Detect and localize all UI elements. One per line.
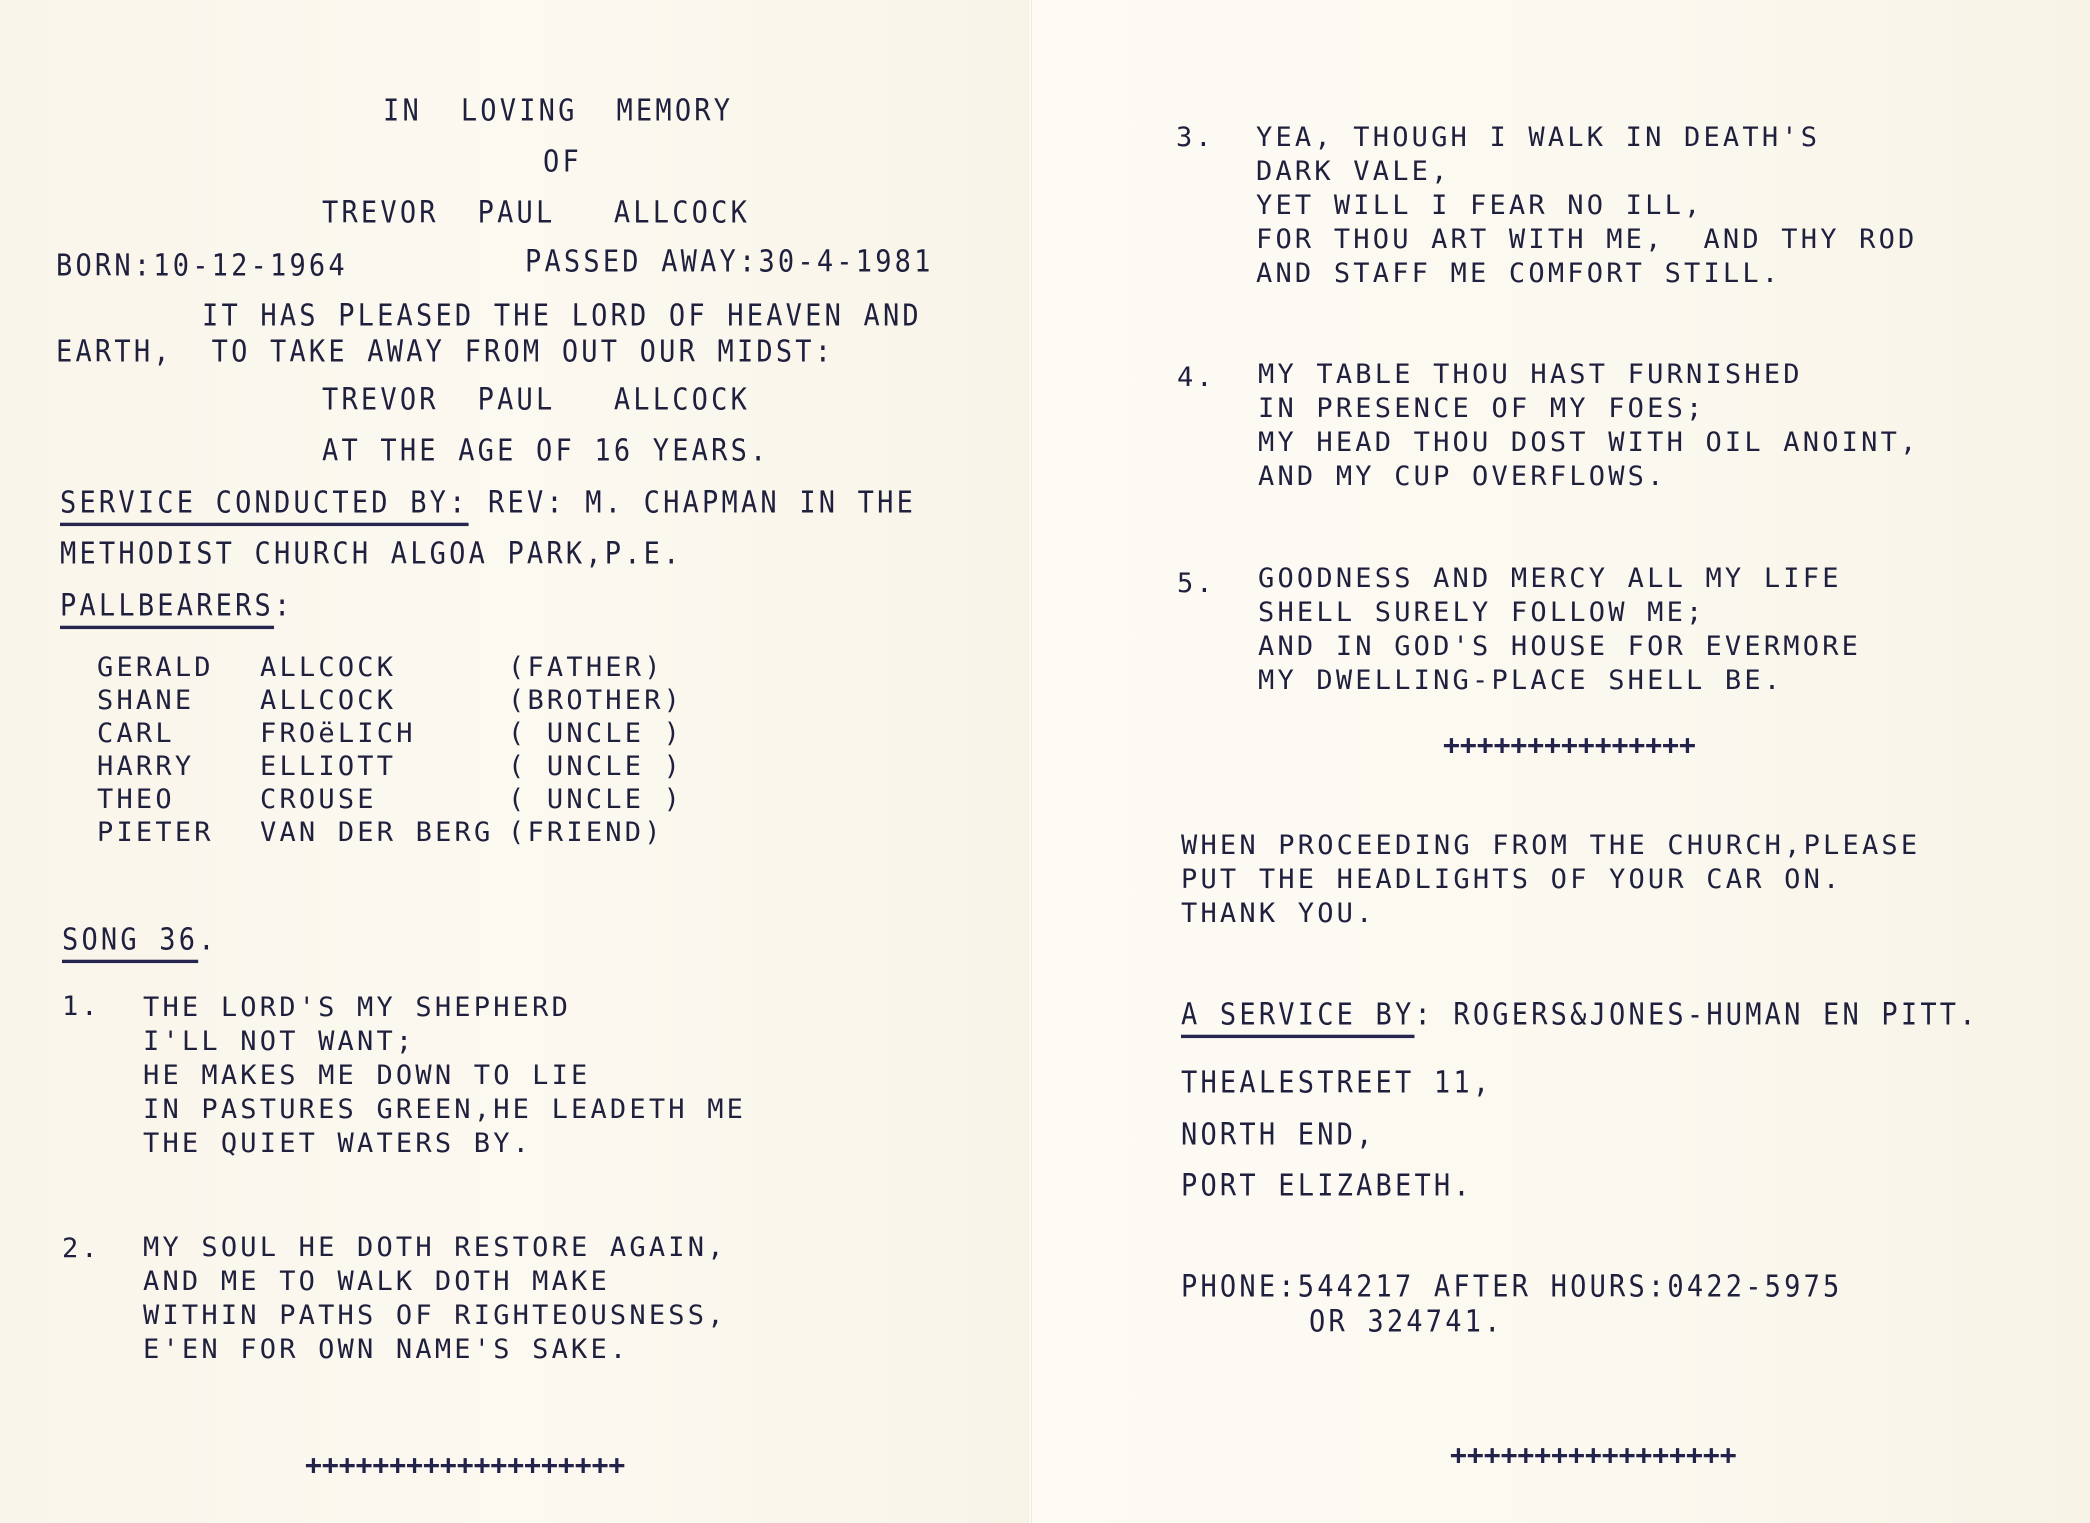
pallbearer-relation: (BROTHER) [508,685,683,718]
phone-line: PHONE:544217 AFTER HOURS:0422-5975 [1181,1272,1842,1302]
service-value: REV: M. CHAPMAN IN THE [469,486,916,521]
verse-line: I'LL NOT WANT; [143,1025,746,1059]
verse-line: YEA, THOUGH I WALK IN DEATH'S [1256,121,1917,155]
pallbearer-row: CARL FROëLICH ( UNCLE ) [97,718,683,751]
undertaker-name: ROGERS&JONES-HUMAN EN PITT. [1434,998,1979,1033]
pallbearer-last-name: ALLCOCK [260,685,508,718]
service-label: SERVICE CONDUCTED BY: [60,486,469,521]
born-date: BORN:10-12-1964 [56,251,348,281]
verse-line: AND MY CUP OVERFLOWS. [1258,460,1919,494]
right-divider-1: +++++++++++++++ [1443,728,1696,761]
pallbearer-first-name: PIETER [97,817,260,850]
verse-line: MY HEAD THOU DOST WITH OIL ANOINT, [1258,426,1919,460]
pallbearer-relation: (FATHER) [508,652,683,685]
pallbearer-last-name: FROëLICH [260,718,508,751]
verse-line: THE QUIET WATERS BY. [143,1127,746,1161]
pallbearer-relation: ( UNCLE ) [508,718,683,751]
verse-line: MY TABLE THOU HAST FURNISHED [1258,358,1919,392]
verse-line: THE LORD'S MY SHEPHERD [143,991,746,1025]
notice-line: PUT THE HEADLIGHTS OF YOUR CAR ON. [1181,863,1920,897]
verse-number: 4. [1177,362,1216,393]
undertaker-label: A SERVICE BY [1181,998,1414,1033]
verse-line: WITHIN PATHS OF RIGHTEOUSNESS, [143,1299,727,1333]
pallbearer-row: GERALD ALLCOCK (FATHER) [97,652,683,685]
verse-number: 2. [62,1233,101,1264]
passed-away-date: PASSED AWAY:30-4-1981 [525,247,934,277]
service-conducted: SERVICE CONDUCTED BY: REV: M. CHAPMAN IN… [60,488,916,518]
notice-line: THANK YOU. [1181,897,1920,931]
verse-line: FOR THOU ART WITH ME, AND THY ROD [1256,223,1917,257]
pallbearer-first-name: HARRY [97,751,260,784]
verse-line: HE MAKES ME DOWN TO LIE [143,1059,746,1093]
verse-line: IN PRESENCE OF MY FOES; [1258,392,1919,426]
verse-line: MY SOUL HE DOTH RESTORE AGAIN, [143,1231,727,1265]
pallbearers-list: GERALD ALLCOCK (FATHER) SHANE ALLCOCK (B… [97,652,683,850]
song-heading: SONG 36. [62,925,218,955]
verse-2: MY SOUL HE DOTH RESTORE AGAIN,AND ME TO … [143,1231,727,1367]
verse-number: 3. [1176,122,1215,153]
song-label: SONG 36 [62,923,198,958]
pallbearer-last-name: CROUSE [260,784,508,817]
pallbearer-relation: ( UNCLE ) [508,784,683,817]
notice-line: WHEN PROCEEDING FROM THE CHURCH,PLEASE [1181,829,1920,863]
verse-line: GOODNESS AND MERCY ALL MY LIFE [1258,562,1861,596]
service-church: METHODIST CHURCH ALGOA PARK,P.E. [60,539,683,569]
pallbearer-relation: (FRIEND) [508,817,683,850]
verse-line: AND IN GOD'S HOUSE FOR EVERMORE [1258,630,1861,664]
verse-number: 5. [1177,568,1216,599]
verse-line: DARK VALE, [1256,155,1917,189]
heading-of: OF [543,147,582,177]
pallbearer-row: HARRY ELLIOTT ( UNCLE ) [97,751,683,784]
announcement-line2: EARTH, TO TAKE AWAY FROM OUT OUR MIDST: [56,337,834,367]
announcement-name: TREVOR PAUL ALLCOCK [322,385,750,415]
heading-in-loving-memory: IN LOVING MEMORY [383,96,733,126]
verse-line: MY DWELLING-PLACE SHELL BE. [1258,664,1861,698]
pallbearer-row: SHANE ALLCOCK (BROTHER) [97,685,683,718]
phone-alt-line: OR 324741. [1309,1307,1504,1337]
pallbearer-first-name: GERALD [97,652,260,685]
pallbearer-first-name: SHANE [97,685,260,718]
address-city: PORT ELIZABETH. [1181,1171,1473,1201]
verse-number: 1. [62,991,101,1022]
pallbearer-relation: ( UNCLE ) [508,751,683,784]
verse-3: YEA, THOUGH I WALK IN DEATH'SDARK VALE,Y… [1256,121,1917,291]
verse-line: AND STAFF ME COMFORT STILL. [1256,257,1917,291]
verse-4: MY TABLE THOU HAST FURNISHEDIN PRESENCE … [1258,358,1919,494]
pallbearer-row: THEO CROUSE ( UNCLE ) [97,784,683,817]
pallbearer-first-name: CARL [97,718,260,751]
right-divider-2: +++++++++++++++++ [1450,1438,1737,1471]
verse-line: IN PASTURES GREEN,HE LEADETH ME [143,1093,746,1127]
pallbearer-last-name: VAN DER BERG [260,817,508,850]
undertaker-service: A SERVICE BY: ROGERS&JONES-HUMAN EN PITT… [1181,1000,1979,1030]
deceased-name: TREVOR PAUL ALLCOCK [322,198,750,228]
address-street: THEALESTREET 11, [1181,1068,1492,1098]
pallbearer-last-name: ALLCOCK [260,652,508,685]
verse-1: THE LORD'S MY SHEPHERDI'LL NOT WANT;HE M… [143,991,746,1161]
pallbearers-heading: PALLBEARERS: [60,591,293,621]
pallbearer-first-name: THEO [97,784,260,817]
page-fold [1028,0,1032,1523]
verse-line: AND ME TO WALK DOTH MAKE [143,1265,727,1299]
pallbearer-last-name: ELLIOTT [260,751,508,784]
pallbearer-row: PIETER VAN DER BERG (FRIEND) [97,817,683,850]
headlights-notice: WHEN PROCEEDING FROM THE CHURCH,PLEASEPU… [1181,829,1920,931]
address-suburb: NORTH END, [1181,1120,1376,1150]
verse-5: GOODNESS AND MERCY ALL MY LIFESHELL SURE… [1258,562,1861,698]
announcement-line1: IT HAS PLEASED THE LORD OF HEAVEN AND [202,301,922,331]
verse-line: SHELL SURELY FOLLOW ME; [1258,596,1861,630]
verse-line: E'EN FOR OWN NAME'S SAKE. [143,1333,727,1367]
left-divider: +++++++++++++++++++ [305,1448,625,1481]
pallbearers-label: PALLBEARERS [60,589,274,624]
verse-line: YET WILL I FEAR NO ILL, [1256,189,1917,223]
age-text: AT THE AGE OF 16 YEARS. [322,436,769,466]
